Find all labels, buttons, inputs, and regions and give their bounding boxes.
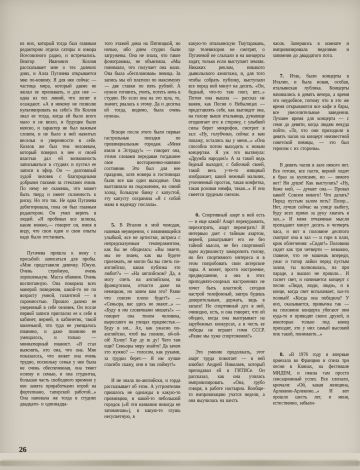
paragraph-number: 6. — [196, 212, 203, 218]
paragraph: из них, который тогда был главным редакт… — [20, 41, 96, 241]
paragraph: часов. Запершись в комнате и импровизиро… — [273, 41, 349, 59]
text-column-4: часов. Запершись в комнате и импровизиро… — [273, 41, 349, 444]
numbered-paragraph: 6. Спортивный азарт в ней есть — и еще к… — [189, 212, 265, 339]
text-column-3: какую-то итальянскую Тмутаракань, где те… — [189, 41, 265, 444]
paragraph-number: 5. — [111, 222, 119, 228]
text-column-1: из них, который тогда был главным редакт… — [20, 41, 96, 444]
paragraph: Пугачева пришла к нему с просьбой: запис… — [20, 251, 96, 408]
paragraph: Это умение продолжать, этот азарт труда … — [189, 350, 265, 404]
text-column-2: того этажей дома на Пятницкой, но ночью,… — [104, 41, 180, 444]
paragraph-number: 7. — [280, 73, 290, 79]
page-bottom-backing — [0, 466, 360, 470]
numbered-paragraph: 8. «В 1976 году я впервые приехала во Фр… — [273, 352, 349, 407]
page-text-area: из них, который тогда был главным редакт… — [20, 41, 349, 444]
numbered-paragraph: 5. В Италии в мой чемодан, напевая неуве… — [104, 222, 180, 368]
paragraph: того этажей дома на Пятницкой, но ночью,… — [104, 41, 180, 120]
paragraph-number: 8. — [280, 352, 289, 358]
paragraph: какую-то итальянскую Тмутаракань, где те… — [189, 41, 265, 198]
paragraph: И не знала по-английски, и горда рассказ… — [104, 378, 180, 420]
paragraph: В девять часов в зале никого нет. Все го… — [273, 162, 349, 337]
page-bottom-edge-shadow — [0, 460, 360, 466]
numbered-paragraph: 7. Итак, были концерты в Италии, и была … — [273, 73, 349, 152]
paragraph: Вскоре после этого были первые гастрольн… — [104, 130, 180, 209]
scanned-page: { "document": { "type": "scanned-book-pa… — [0, 0, 360, 470]
page-number: 26 — [19, 445, 27, 454]
